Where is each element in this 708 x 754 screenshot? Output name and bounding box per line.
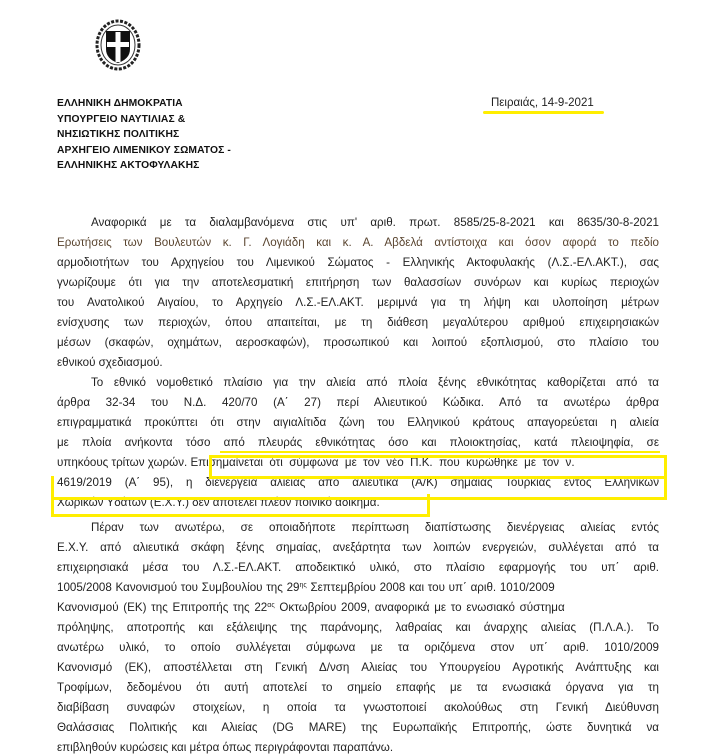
text-line: επιβληθούν κυρώσεις και μέτρα όπως περιγ… [57, 738, 659, 754]
date-highlight-underline [483, 111, 604, 114]
highlight-underline [220, 451, 660, 453]
text-line: Τροφίμων, δεδομένου ότι αυτή αποτελεί το… [57, 678, 659, 698]
text-line: γνωρίζουμε ότι για την αποτελεσματική επ… [57, 273, 659, 293]
text-line: Θαλάσσιας Πολιτικής και Αλιείας (DG MARE… [57, 718, 659, 738]
text-line: Ε.Χ.Υ. από αλιευτικά σκάφη ξένης σημαίας… [57, 538, 659, 558]
header-line: ΑΡΧΗΓΕΙΟ ΛΙΜΕΝΙΚΟΥ ΣΩΜΑΤΟΣ - [57, 143, 231, 159]
text-line: του Ανατολικού Αιγαίου, το Αρχηγείο Λ.Σ.… [57, 293, 659, 313]
highlighted-text: Επισημαίνεται ότι σύμφωνα με τον νέο Π.Κ… [190, 456, 574, 469]
text-line: άρθρα 32-34 του Ν.Δ. 420/70 (Α΄ 27) περί… [57, 393, 659, 413]
text-line: πρόληψης, αποτροπής και εξάλειψης της πα… [57, 618, 659, 638]
text-line: επιγραμματικά προκύπτει ότι στην αιγιαλί… [57, 413, 659, 433]
text-line: ανωτέρω υλικό, το οποίο συλλέγεται σύμφω… [57, 638, 659, 658]
highlighted-text: Χωρικών Υδάτων (Ε.Χ.Υ.) δεν αποτελεί πλέ… [57, 493, 659, 513]
issuer-header: ΕΛΛΗΝΙΚΗ ΔΗΜΟΚΡΑΤΙΑ ΥΠΟΥΡΓΕΙΟ ΝΑΥΤΙΛΙΑΣ … [57, 96, 231, 174]
text-line: με πλοία ανήκοντα τόσο από πλευράς εθνικ… [57, 433, 659, 453]
text-line: διαβίβαση συναφών στοιχείων, η οποία τα … [57, 698, 659, 718]
greek-coat-of-arms-icon [95, 19, 141, 71]
text-line: εθνικού σχεδιασμού. [57, 353, 659, 373]
text-segment: 1005/2008 Κανονισμού του Συμβουλίου της … [57, 581, 299, 594]
text-segment: Σεπτεμβρίου 2008 και του υπ΄ αριθ. 1010/… [307, 581, 555, 594]
text-line: Αναφορικά με τα διαλαμβανόμενα στις υπ' … [91, 213, 659, 233]
text-line: υπηκόους τρίτων χωρών. Επισημαίνεται ότι… [57, 453, 659, 473]
text-line: αρμοδιοτήτων του Αρχηγείου του Λιμενικού… [57, 253, 659, 273]
text-line: ενίσχυσης των περιοχών, όπου απαιτείται,… [57, 313, 659, 333]
text-line: Κανονισμού (ΕΚ) της Επιτροπής της 22ας Ο… [57, 598, 659, 618]
text-line: μέσων (σκαφών, οχημάτων, αεροσκαφών), πρ… [57, 333, 659, 353]
header-line: ΕΛΛΗΝΙΚΗΣ ΑΚΤΟΦΥΛΑΚΗΣ [57, 158, 231, 174]
ordinal-superscript: ας [267, 602, 274, 609]
highlighted-text: 4619/2019 (Α΄ 95), η διενέργεια αλιείας … [57, 473, 659, 493]
text-segment: Κανονισμού (ΕΚ) της Επιτροπής της 22 [57, 601, 267, 614]
document-date: Πειραιάς, 14-9-2021 [491, 97, 594, 109]
text-line: 1005/2008 Κανονισμού του Συμβουλίου της … [57, 578, 659, 598]
text-plain: υπηκόους τρίτων χωρών. [57, 456, 190, 469]
header-line: ΕΛΛΗΝΙΚΗ ΔΗΜΟΚΡΑΤΙΑ [57, 96, 231, 112]
header-line: ΝΗΣΙΩΤΙΚΗΣ ΠΟΛΙΤΙΚΗΣ [57, 127, 231, 143]
text-line: Το εθνικό νομοθετικό πλαίσιο για την αλι… [91, 373, 659, 393]
text-line: Ερωτήσεις των Βουλευτών κ. Γ. Λογιάδη κα… [57, 233, 659, 253]
text-line: Κανονισμό (ΕΚ), αποστέλλεται στη Γενική … [57, 658, 659, 678]
header-line: ΥΠΟΥΡΓΕΙΟ ΝΑΥΤΙΛΙΑΣ & [57, 112, 231, 128]
text-line: επιχειρησιακά μέσα του Λ.Σ.-ΕΛ.ΑΚΤ. αποδ… [57, 558, 659, 578]
text-line: Πέραν των ανωτέρω, σε οποιαδήποτε περίπτ… [91, 518, 659, 538]
ordinal-superscript: ης [299, 582, 306, 589]
text-segment: Οκτωβρίου 2009, αναφορικά με το ενωσιακό… [275, 601, 565, 614]
